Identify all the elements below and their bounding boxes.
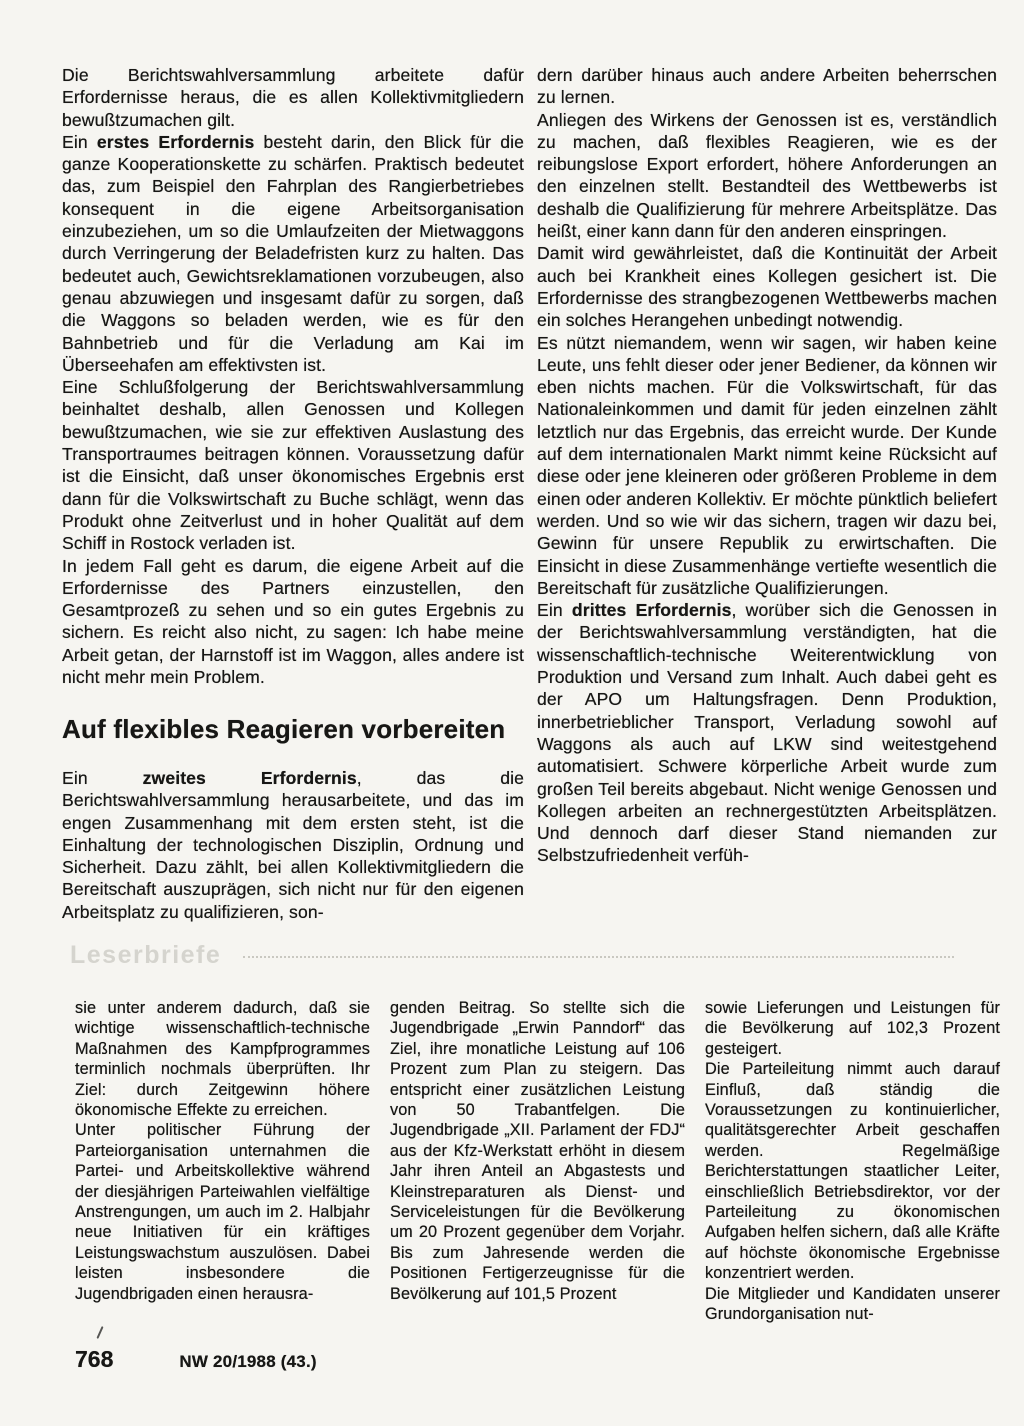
paragraph: Ein drittes Erfordernis, worüber sich di… — [537, 599, 997, 867]
paragraph: Die Mitglieder und Kandidaten unserer Gr… — [705, 1284, 1000, 1325]
paragraph: genden Beitrag. So stellte sich die Juge… — [390, 998, 685, 1304]
paragraph-text: Ein — [62, 132, 97, 152]
paragraph: Unter politischer Führung der Parteiorga… — [75, 1120, 370, 1304]
paragraph-text: besteht darin, den Blick für die ganze K… — [62, 132, 524, 375]
paragraph: dern darüber hinaus auch andere Arbeiten… — [537, 64, 997, 109]
paragraph-text: Ein — [537, 600, 572, 620]
paragraph: Es nützt niemandem, wenn wir sagen, wir … — [537, 332, 997, 600]
stray-pen-mark — [96, 1326, 103, 1339]
leserbriefe-label: Leserbriefe — [70, 941, 221, 970]
section-heading: Auf flexibles Reagieren vorbereiten — [62, 715, 524, 744]
paragraph: Damit wird gewährleistet, daß die Kontin… — [537, 242, 997, 331]
bold-phrase: drittes Erfordernis — [572, 600, 732, 620]
letters-column-3: sowie Lieferungen und Leistungen für die… — [705, 998, 1000, 1325]
letters-column-2: genden Beitrag. So stellte sich die Juge… — [390, 998, 685, 1325]
page-number: 768 — [75, 1346, 113, 1373]
article-column-right: dern darüber hinaus auch andere Arbeiten… — [537, 64, 997, 867]
divider-rule — [243, 956, 954, 958]
paragraph: Die Parteileitung nimmt auch darauf Einf… — [705, 1059, 1000, 1283]
paragraph: In jedem Fall geht es darum, die eigene … — [62, 555, 524, 689]
letters-column-1: sie unter anderem dadurch, daß sie wicht… — [75, 998, 370, 1325]
paragraph: Ein erstes Erfordernis besteht darin, de… — [62, 131, 524, 376]
bold-phrase: erstes Erfordernis — [97, 132, 255, 152]
paragraph-text: , worüber sich die Genossen in der Beric… — [537, 600, 997, 865]
paragraph: sie unter anderem dadurch, daß sie wicht… — [75, 998, 370, 1120]
paragraph: Die Berichtswahlversammlung arbeitete da… — [62, 64, 524, 131]
page-footer: 768 NW 20/1988 (43.) — [75, 1346, 317, 1373]
paragraph: Anliegen des Wirkens der Genossen ist es… — [537, 109, 997, 243]
magazine-page: Die Berichtswahlversammlung arbeitete da… — [0, 0, 1024, 1426]
issue-reference: NW 20/1988 (43.) — [179, 1352, 316, 1372]
paragraph-text: Ein — [62, 768, 143, 788]
article-column-left: Die Berichtswahlversammlung arbeitete da… — [62, 64, 524, 923]
paragraph: Ein zweites Erfordernis, das die Bericht… — [62, 767, 524, 923]
leserbriefe-section-header: Leserbriefe — [70, 938, 954, 972]
paragraph: Eine Schlußfolgerung der Berichtswahlver… — [62, 376, 524, 554]
bold-phrase: zweites Erfordernis — [143, 768, 357, 788]
letters-section: sie unter anderem dadurch, daß sie wicht… — [75, 998, 1000, 1325]
paragraph: sowie Lieferungen und Leistungen für die… — [705, 998, 1000, 1059]
paragraph-text: , das die Berichtswahlversammlung heraus… — [62, 768, 524, 922]
